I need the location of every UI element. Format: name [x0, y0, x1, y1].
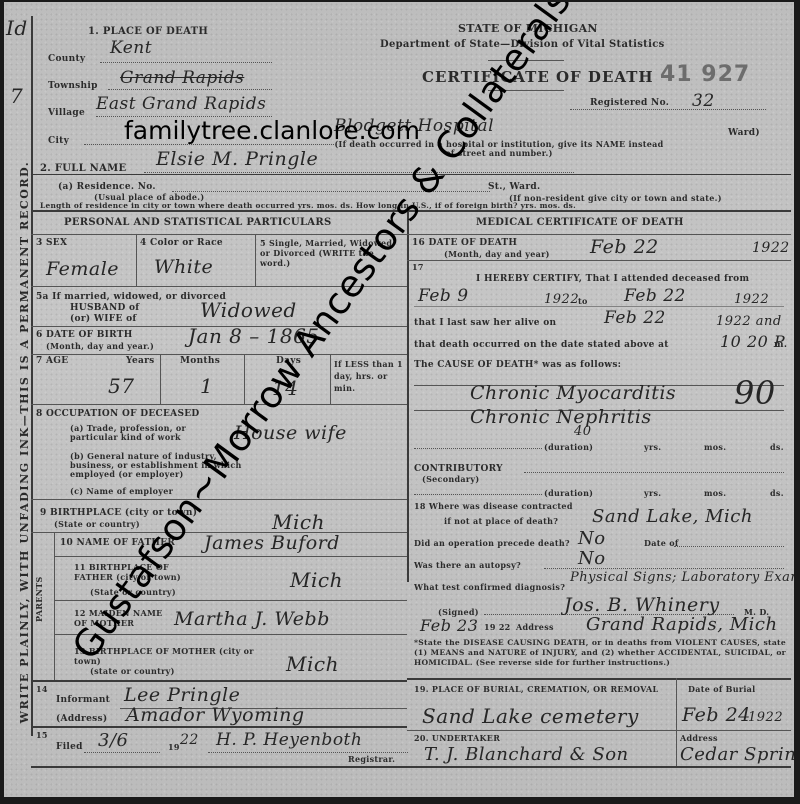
registered-no-label: Registered No. [590, 98, 669, 108]
attended-from-year: 1922 [544, 292, 579, 307]
dob-sub: (Month, day and year.) [46, 341, 154, 351]
informant-address-value: Amador Wyoming [126, 704, 305, 726]
dob-label: 6 DATE OF BIRTH [36, 330, 133, 340]
operation-label: Did an operation precede death? [414, 538, 570, 548]
to-label: to [578, 296, 588, 306]
last-saw-year: 1922 and [716, 314, 782, 329]
birthplace-value: Mich [272, 510, 325, 534]
months-label: Months [180, 356, 220, 366]
certificate-number: 41 927 [660, 62, 750, 87]
item-17: 17 [412, 262, 424, 272]
full-name-label: 2. FULL NAME [40, 163, 126, 174]
certificate-title: CERTIFICATE OF DEATH [422, 68, 654, 86]
burial-label: 19. PLACE OF BURIAL, CREMATION, OR REMOV… [414, 684, 658, 694]
last-saw-value: Feb 22 [604, 308, 666, 328]
dod-label: 16 DATE OF DEATH [412, 238, 517, 248]
death-certificate-scan: Id 7 WRITE PLAINLY, WITH UNFADING INK—TH… [4, 2, 794, 797]
wife-label: (or) WIFE of [70, 314, 137, 324]
disease-footnote: *State the DISEASE CAUSING DEATH, or in … [414, 638, 786, 668]
item-18: 18 Where was disease contracted [414, 501, 573, 511]
st-ward-label: St., Ward. [488, 182, 540, 192]
less-than-label: If LESS than 1 day, hrs. or min. [334, 358, 406, 394]
attended-from: Feb 9 [418, 286, 469, 306]
informant-value: Lee Pringle [124, 684, 240, 706]
occupation-label: 8 OCCUPATION OF DECEASED [36, 409, 200, 419]
duration-label-2: (duration) [544, 488, 593, 498]
city-label: City [48, 136, 69, 146]
village-label: Village [48, 108, 85, 118]
registered-no-value: 32 [692, 91, 715, 111]
months-value: 1 [200, 374, 213, 398]
contributory-label: CONTRIBUTORY [414, 464, 503, 474]
cause-mark: 90 [734, 374, 776, 412]
undertaker-value: T. J. Blanchard & Son [424, 744, 629, 765]
last-saw-label: that I last saw her alive on [414, 318, 556, 328]
yrs-label-2: yrs. [644, 488, 661, 498]
cause-label: The CAUSE OF DEATH* was as follows: [414, 360, 621, 370]
registrar-label: Registrar. [348, 754, 395, 764]
birthplace-sub: (State or country) [54, 519, 140, 529]
test-value: Physical Signs; Laboratory Examination [570, 570, 794, 585]
color-value: White [154, 256, 213, 278]
undertaker-label: 20. UNDERTAKER [414, 733, 500, 743]
years-label: Years [126, 356, 155, 366]
mother-birthplace-sub: (state or country) [90, 666, 175, 676]
burial-year: 1922 [748, 710, 783, 725]
place-of-death-heading: 1. PLACE OF DEATH [88, 26, 208, 37]
ds-label-2: ds. [770, 488, 784, 498]
margin-mark: Id [6, 16, 28, 40]
watermark-url: familytree.clanlore.com [124, 116, 420, 145]
cause-secondary: Chronic Nephritis [470, 406, 652, 428]
husband-label: HUSBAND of [70, 303, 139, 313]
mos-label-2: mos. [704, 488, 726, 498]
secondary-label: (Secondary) [422, 474, 479, 484]
father-birthplace-value: Mich [290, 568, 343, 592]
not-place-label: if not at place of death? [444, 516, 558, 526]
margin-mark: 7 [10, 84, 23, 108]
dod-sub: (Month, day and year) [444, 249, 550, 259]
township-value: Grand Rapids [120, 68, 244, 88]
certify-text: I HEREBY CERTIFY, That I attended deceas… [476, 274, 749, 284]
length-of-residence: Length of residence in city or town wher… [40, 201, 576, 210]
father-value: James Buford [204, 532, 340, 554]
township-label: Township [48, 81, 98, 91]
filed-label: Filed [56, 742, 83, 752]
filed-date: 3/6 [98, 730, 128, 751]
cause-primary: Chronic Myocarditis [470, 382, 676, 404]
residence-label: (a) Residence. No. [58, 182, 156, 192]
undertaker-address: Cedar Springs [680, 744, 794, 765]
occupation-a-label: (a) Trade, profession, or particular kin… [70, 424, 210, 442]
attended-to-year: 1922 [734, 292, 769, 307]
attended-to: Feb 22 [624, 286, 686, 306]
physician-address: Grand Rapids, Mich [586, 614, 778, 635]
occurred-label: that death occurred on the date stated a… [414, 340, 669, 350]
ds-label: ds. [770, 442, 784, 452]
informant-num: 14 [36, 684, 48, 694]
registrar-signature: H. P. Heyenboth [216, 730, 362, 750]
dod-year: 1922 [752, 240, 790, 256]
ward-label: Ward) [728, 128, 760, 138]
operation-value: No [578, 528, 606, 549]
contracted-value: Sand Lake, Mich [592, 506, 753, 527]
county-label: County [48, 54, 85, 64]
spouse-value: Widowed [200, 298, 297, 322]
parents-side-label: PARENTS [34, 576, 44, 622]
age-label: 7 AGE [36, 356, 68, 366]
mother-birthplace-value: Mich [286, 652, 339, 676]
side-banner: WRITE PLAINLY, WITH UNFADING INK—THIS IS… [18, 122, 31, 762]
personal-heading: PERSONAL AND STATISTICAL PARTICULARS [64, 217, 331, 228]
county-value: Kent [110, 38, 152, 58]
undertaker-address-label: Address [680, 733, 718, 743]
sex-value: Female [46, 258, 119, 280]
full-name-value: Elsie M. Pringle [156, 148, 318, 170]
color-label: 4 Color or Race [140, 238, 223, 248]
occupation-c-label: (c) Name of employer [70, 486, 173, 496]
sign-year: 19 22 [484, 622, 511, 632]
test-label: What test confirmed diagnosis? [414, 582, 565, 592]
physician-address-label: Address [516, 622, 554, 632]
autopsy-label: Was there an autopsy? [414, 560, 521, 570]
center-divider [407, 210, 409, 582]
mother-value: Martha J. Webb [174, 608, 330, 630]
spouse-label: 5a If married, widowed, or divorced [36, 292, 226, 302]
sex-label: 3 SEX [36, 238, 67, 248]
burial-date-label: Date of Burial [688, 684, 756, 694]
burial-place: Sand Lake cemetery [422, 704, 639, 728]
time-suffix: m. [774, 340, 787, 350]
physician-signature: Jos. B. Whinery [564, 594, 720, 616]
sign-date: Feb 23 [420, 616, 478, 635]
duration-value: 40 [574, 424, 592, 439]
dod-value: Feb 22 [590, 236, 659, 258]
filed-year: 22 [180, 732, 199, 748]
medical-heading: MEDICAL CERTIFICATE OF DEATH [476, 217, 684, 228]
filed-year-prefix: 19 [168, 742, 180, 752]
left-border [31, 16, 33, 736]
autopsy-value: No [578, 548, 606, 569]
mos-label: mos. [704, 442, 726, 452]
informant-address-label: (Address) [56, 714, 107, 724]
burial-date: Feb 24 [682, 704, 751, 726]
informant-label: Informant [56, 695, 110, 705]
years-value: 57 [108, 374, 134, 398]
yrs-label: yrs. [644, 442, 661, 452]
duration-label: (duration) [544, 442, 593, 452]
filed-num: 15 [36, 730, 48, 740]
village-value: East Grand Rapids [96, 94, 266, 114]
